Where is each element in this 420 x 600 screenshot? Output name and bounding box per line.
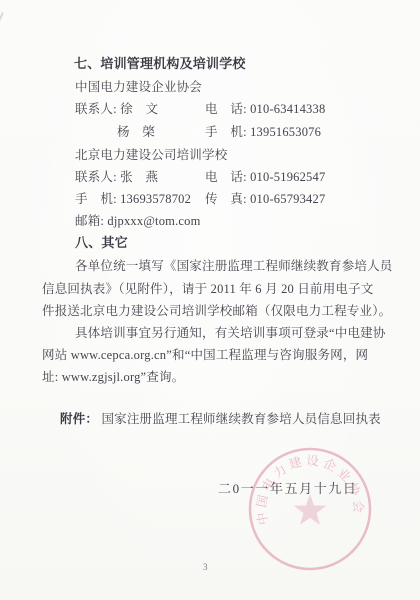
org-2-contact-person: 联系人: 张 燕	[75, 170, 158, 184]
paragraph-1-line-1: 各单位统一填写《国家注册监理工程师继续教育参培人员	[75, 257, 393, 275]
org-2-mobile: 手 机: 13693578702	[75, 192, 191, 206]
attachment-label: 附件：	[60, 412, 98, 426]
paragraph-2-line-1: 具体培训事宜另行通知，有关培训事项可登录“中电建协	[75, 324, 386, 342]
org-2-contact-row: 联系人: 张 燕 电 话: 010-51962547	[75, 168, 375, 186]
scan-scratch-artifact	[0, 12, 3, 45]
org-1-contact-row-2: 杨 棨 手 机: 13951653076	[117, 123, 377, 141]
section-8-heading: 八、其它	[75, 234, 128, 252]
page-number: 3	[203, 562, 208, 572]
org-2-fax: 传 真: 010-65793427	[205, 190, 325, 208]
attachment-line: 附件： 国家注册监理工程师继续教育参培人员信息回执表	[60, 410, 381, 428]
org-1-phone: 电 话: 010-63414338	[205, 100, 325, 118]
paragraph-2-line-3: 址: www.zgjsjl.org”查询。	[42, 368, 184, 386]
scanned-document-page: 七、培训管理机构及培训学校 中国电力建设企业协会 联系人: 徐 文 电 话: 0…	[0, 0, 420, 600]
org-1-mobile: 手 机: 13951653076	[205, 123, 321, 141]
org-2-contact-row-2: 手 机: 13693578702 传 真: 010-65793427	[75, 190, 375, 208]
paragraph-1-line-3: 件报送北京电力建设公司培训学校邮箱（仅限电力工程专业）。	[42, 302, 391, 320]
org-1-contact-row: 联系人: 徐 文 电 话: 010-63414338	[75, 100, 375, 118]
attachment-text: 国家注册监理工程师继续教育参培人员信息回执表	[101, 412, 380, 426]
org-1-contact-person-2: 杨 棨	[117, 125, 155, 139]
org-2-phone: 电 话: 010-51962547	[205, 168, 325, 186]
org-1-contact-person: 联系人: 徐 文	[75, 102, 158, 116]
seal-ring	[250, 449, 370, 569]
section-7-heading: 七、培训管理机构及培训学校	[74, 55, 246, 73]
red-official-seal: 中国电力建设企业协会	[246, 445, 374, 573]
org-2-name: 北京电力建设公司培训学校	[75, 146, 227, 164]
paragraph-2-line-2: 网站 www.cepca.org.cn”和“中国工程监理与咨询服务网，网	[42, 346, 368, 364]
document-date: 二0一一年五月十九日	[218, 480, 358, 498]
paragraph-1-line-2: 信息回执表》（见附件），请于 2011 年 6 月 20 日前用电子文	[42, 280, 374, 298]
org-1-name: 中国电力建设企业协会	[75, 78, 202, 96]
org-2-email: 邮箱: djpxxx@tom.com	[75, 212, 201, 230]
seal-star-icon	[294, 494, 326, 525]
